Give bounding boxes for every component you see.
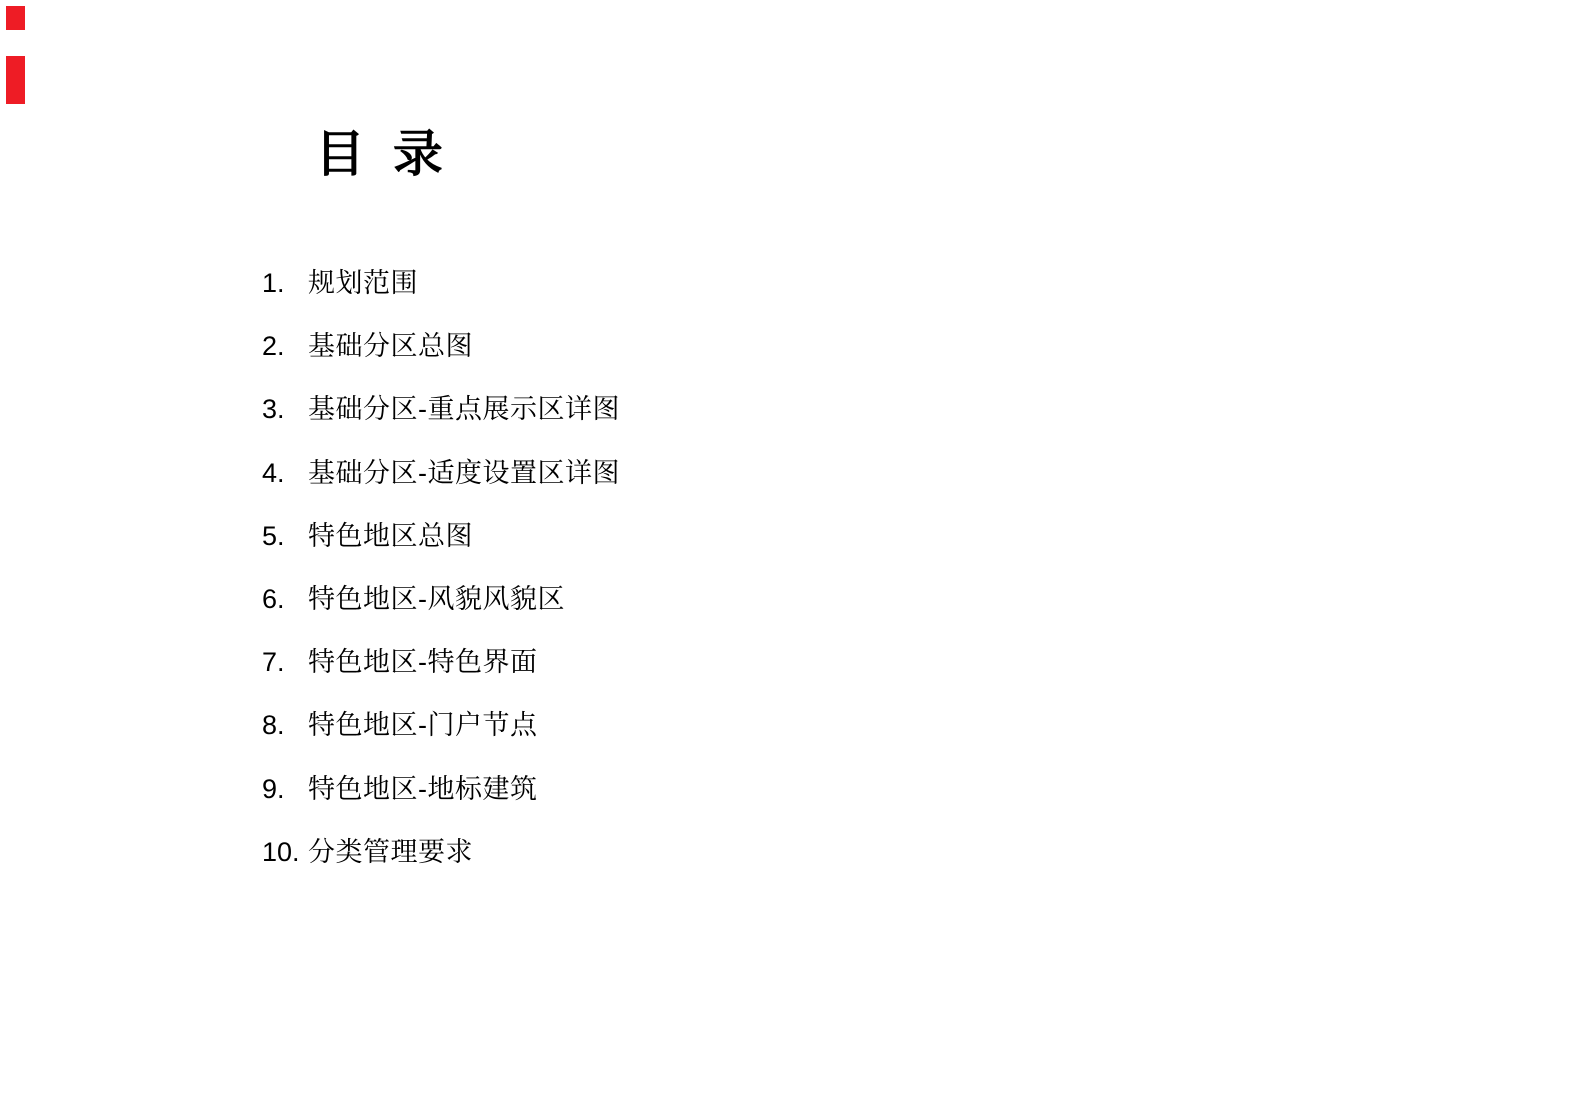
toc-item: 6. 特色地区-风貌风貌区: [262, 568, 620, 631]
toc-item: 10. 分类管理要求: [262, 821, 620, 884]
toc-item: 7. 特色地区-特色界面: [262, 631, 620, 694]
toc-item-label: 特色地区-门户节点: [308, 712, 538, 739]
toc-item-label: 规划范围: [308, 270, 418, 297]
toc-item-label: 基础分区-适度设置区详图: [308, 460, 620, 487]
toc-item-number: 5.: [262, 523, 308, 550]
red-edge-mark-bottom: [6, 56, 25, 104]
toc-item: 4. 基础分区-适度设置区详图: [262, 442, 620, 505]
toc-item: 1. 规划范围: [262, 252, 620, 315]
toc-item-number: 1.: [262, 270, 308, 297]
toc-item-label: 基础分区总图: [308, 333, 473, 360]
toc-item-number: 9.: [262, 776, 308, 803]
toc-item-label: 特色地区总图: [308, 523, 473, 550]
toc-item: 2. 基础分区总图: [262, 315, 620, 378]
toc-item: 9. 特色地区-地标建筑: [262, 758, 620, 821]
toc-item: 5. 特色地区总图: [262, 505, 620, 568]
toc-item-label: 基础分区-重点展示区详图: [308, 396, 620, 423]
toc-item-number: 7.: [262, 649, 308, 676]
toc-item-number: 2.: [262, 333, 308, 360]
toc-list: 1. 规划范围 2. 基础分区总图 3. 基础分区-重点展示区详图 4. 基础分…: [262, 252, 620, 884]
toc-item-number: 10.: [262, 839, 308, 866]
toc-item-number: 8.: [262, 712, 308, 739]
toc-item: 3. 基础分区-重点展示区详图: [262, 378, 620, 441]
page-title: 目 录: [315, 127, 444, 182]
toc-item-number: 6.: [262, 586, 308, 613]
toc-item-number: 3.: [262, 396, 308, 423]
red-edge-mark-top: [6, 6, 25, 30]
toc-item-label: 特色地区-特色界面: [308, 649, 538, 676]
toc-item-label: 特色地区-风貌风貌区: [308, 586, 565, 613]
toc-page: 目 录 1. 规划范围 2. 基础分区总图 3. 基础分区-重点展示区详图 4.…: [0, 0, 1587, 1096]
toc-item-label: 分类管理要求: [308, 839, 473, 866]
toc-item-number: 4.: [262, 460, 308, 487]
toc-item: 8. 特色地区-门户节点: [262, 694, 620, 757]
toc-item-label: 特色地区-地标建筑: [308, 776, 538, 803]
